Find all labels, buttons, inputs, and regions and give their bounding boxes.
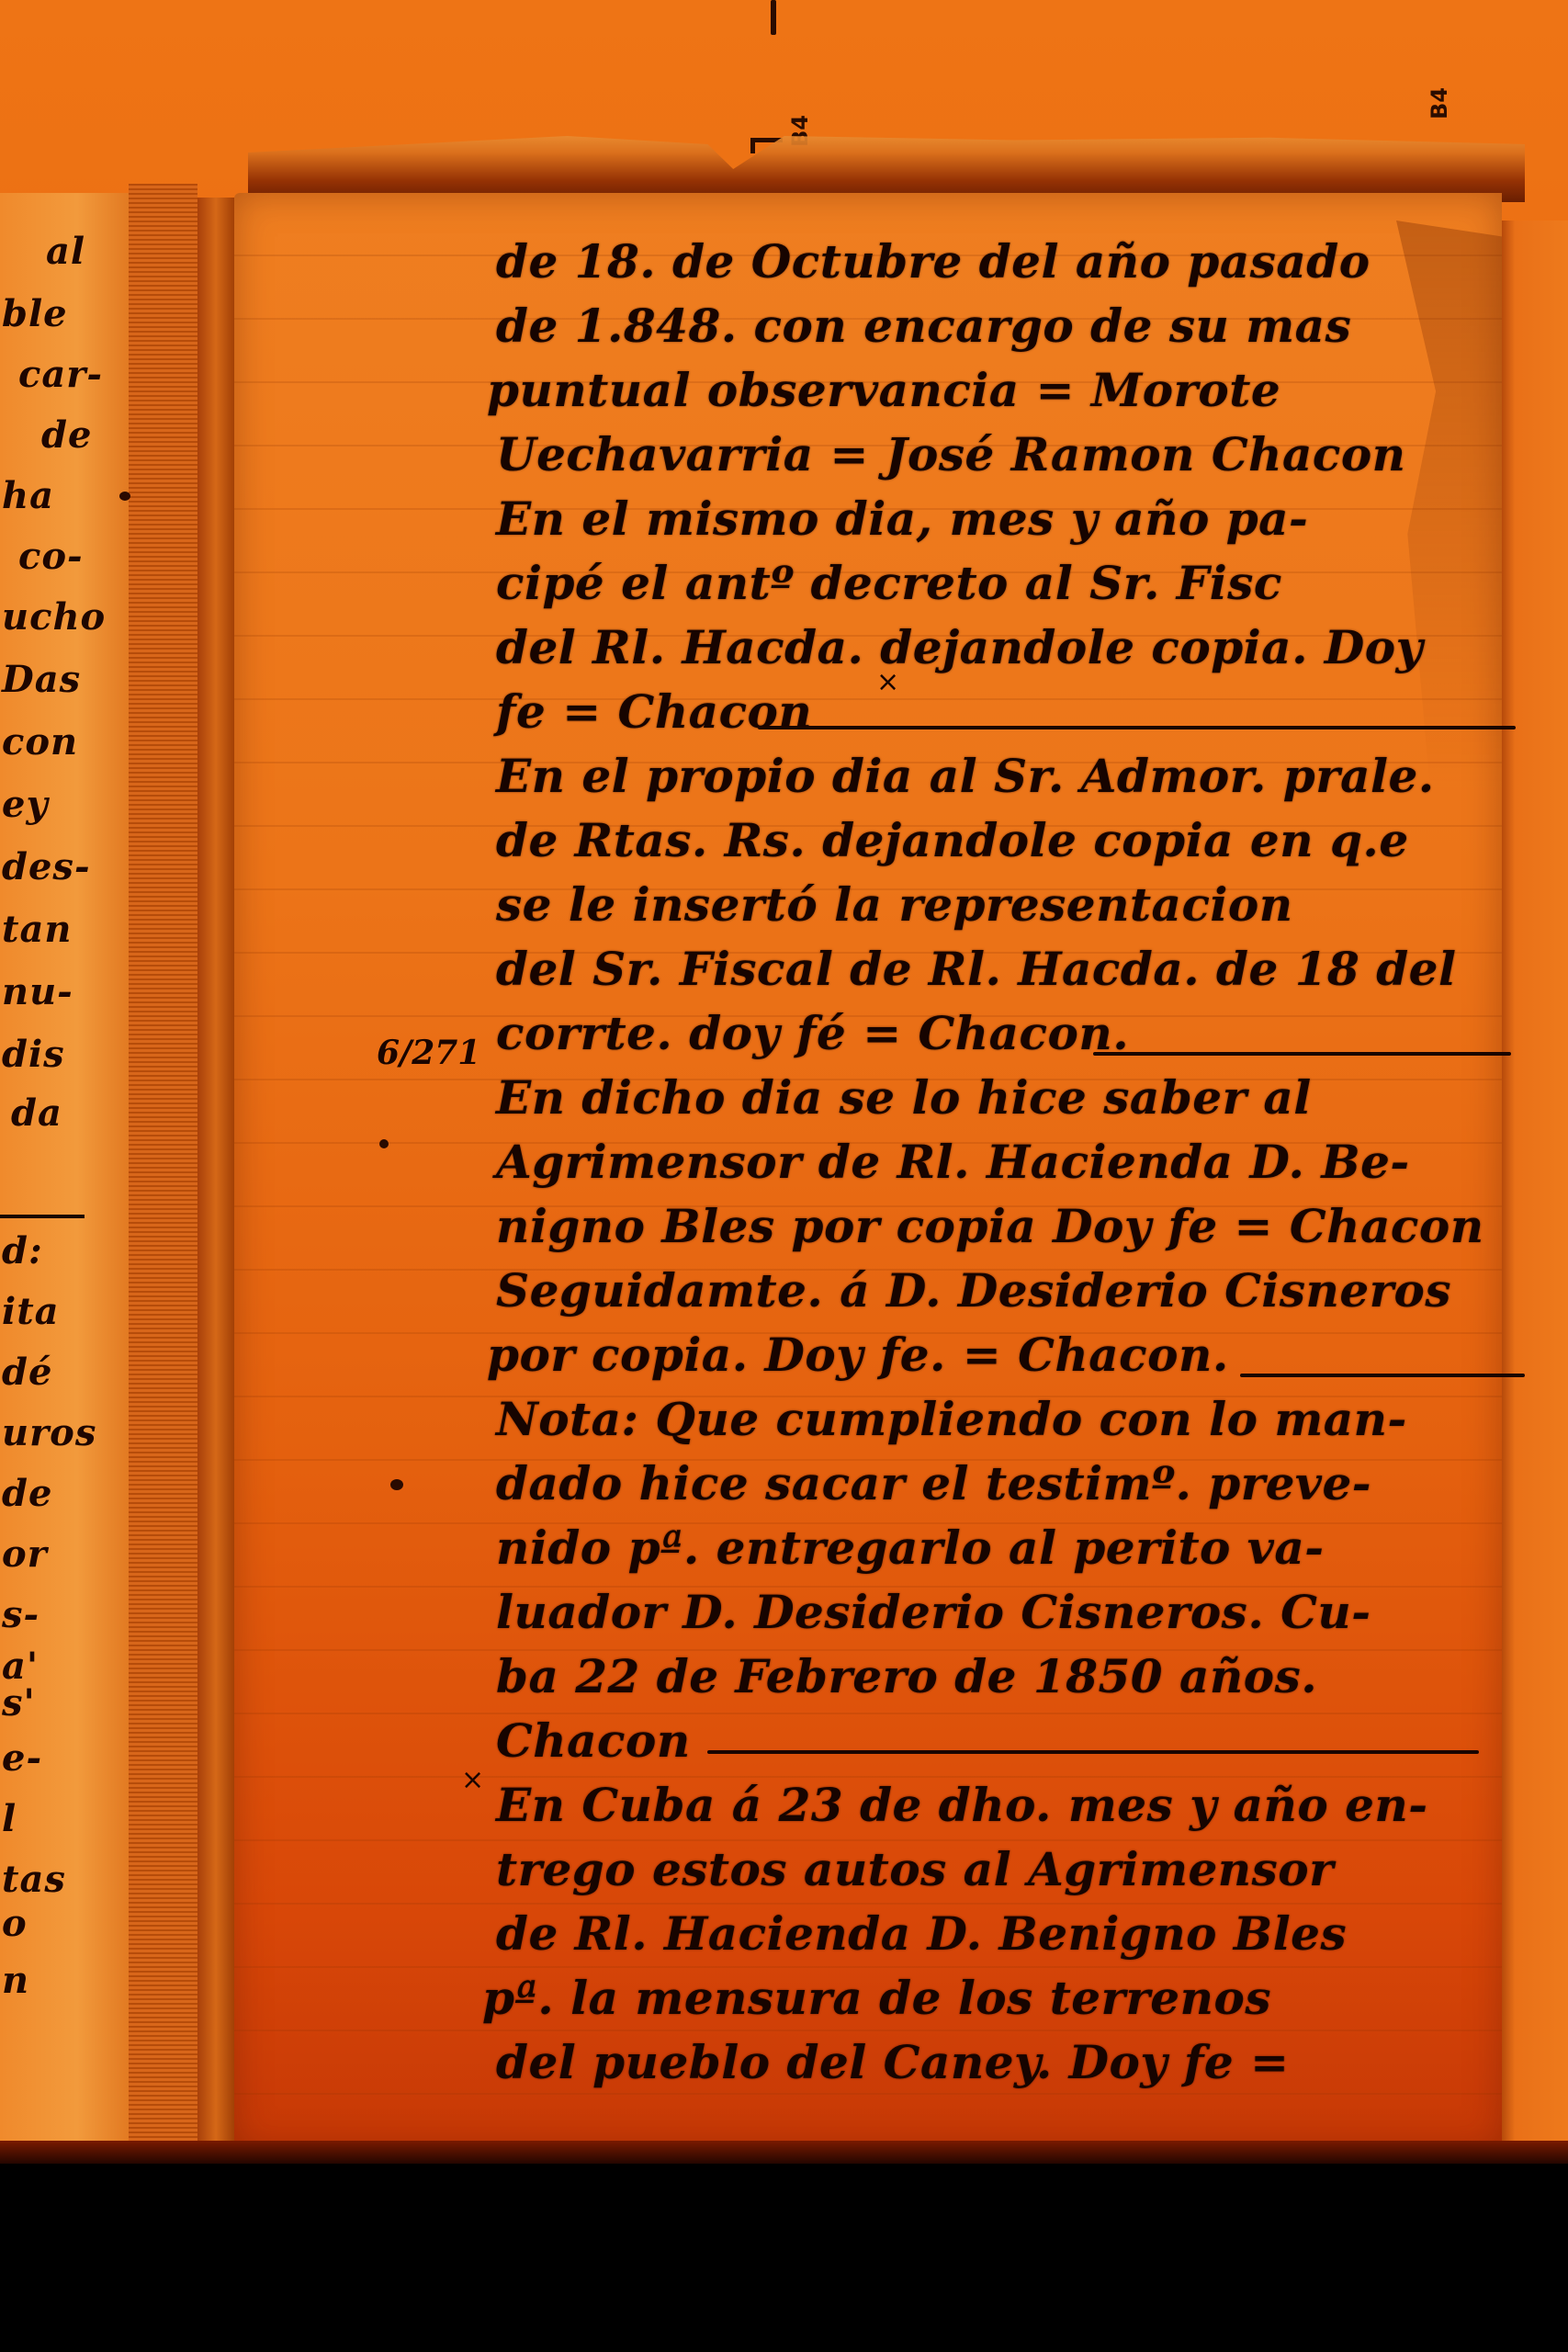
frame-tick-mark (771, 0, 776, 35)
manuscript-line: Uechavarria = José Ramon Chacon (496, 427, 1406, 481)
left-fragment: tan (2, 908, 72, 951)
manuscript-line: puntual observancia = Morote (487, 363, 1280, 417)
manuscript-line: ba 22 de Febrero de 1850 años. (496, 1649, 1317, 1703)
manuscript-line: Nota: Que cumpliendo con lo man- (496, 1392, 1407, 1446)
manuscript-line: de Rtas. Rs. dejandole copia en q.e (496, 813, 1409, 867)
manuscript-line: por copia. Doy fe. = Chacon. (487, 1328, 1229, 1382)
manuscript-line: de 18. de Octubre del año pasado (496, 234, 1371, 288)
manuscript-line: En dicho dia se lo hice saber al (496, 1070, 1312, 1125)
left-fragment: s- (2, 1593, 39, 1636)
right-page-edge (1502, 220, 1568, 2150)
left-fragment: des- (2, 845, 91, 888)
manuscript-line: fe = Chacon (496, 684, 812, 739)
left-fragment: de (41, 413, 92, 457)
target-label-b4-right: B4 (1427, 87, 1452, 119)
manuscript-line: del Rl. Hacda. dejandole copia. Doy (496, 620, 1423, 674)
manuscript-line: En el mismo dia, mes y año pa- (496, 492, 1308, 546)
manuscript-line: se le insertó la representacion (496, 877, 1293, 932)
insertion-x-mark: × (461, 1764, 484, 1796)
left-fragment: ble (2, 292, 68, 335)
left-rule-line (0, 1215, 85, 1218)
closing-rule-line (1240, 1374, 1525, 1377)
manuscript-line: de 1.848. con encargo de su mas (496, 299, 1351, 353)
margin-folio-note: 6/271 (377, 1034, 480, 1072)
manuscript-line: En Cuba á 23 de dho. mes y año en- (496, 1778, 1428, 1832)
manuscript-line: nido pª. entregarlo al perito va- (496, 1521, 1325, 1575)
ink-blot (390, 1479, 403, 1490)
left-fragment: co- (18, 535, 84, 578)
manuscript-line: En el propio dia al Sr. Admor. prale. (496, 749, 1435, 803)
manuscript-line: nigno Bles por copia Doy fe = Chacon (496, 1199, 1484, 1253)
closing-rule-line (758, 726, 1516, 729)
manuscript-line: pª. la mensura de los terrenos (482, 1971, 1271, 2025)
left-fragment: ha (2, 474, 54, 517)
insertion-x-mark: × (876, 666, 899, 698)
manuscript-line: Seguidamte. á D. Desiderio Cisneros (496, 1263, 1451, 1317)
closing-rule-line (707, 1750, 1479, 1754)
left-fragment: con (2, 720, 78, 763)
left-fragment: uros (2, 1411, 96, 1454)
left-fragment: d: (2, 1229, 43, 1272)
left-fragment: e- (2, 1736, 42, 1780)
manuscript-line: Chacon (496, 1713, 691, 1768)
ink-blot (379, 1139, 389, 1148)
left-fragment: s' (2, 1681, 36, 1724)
book-spine-stitching (129, 184, 197, 2150)
manuscript-line: de Rl. Hacienda D. Benigno Bles (496, 1906, 1347, 1961)
left-fragment: l (2, 1797, 17, 1840)
manuscript-line: dado hice sacar el testimº. preve- (496, 1456, 1371, 1510)
left-fragment: da (11, 1091, 62, 1135)
left-fragment: dé (2, 1351, 52, 1394)
left-fragment: n (2, 1959, 29, 2002)
left-fragment: de (2, 1472, 52, 1515)
left-fragment: nu- (2, 970, 73, 1013)
manuscript-line: del Sr. Fiscal de Rl. Hacda. de 18 del (496, 942, 1456, 996)
left-fragment: dis (2, 1033, 65, 1076)
manuscript-line: cipé el antº decreto al Sr. Fisc (496, 556, 1282, 610)
left-fragment: ucho (2, 595, 106, 639)
book-gutter (197, 198, 234, 2145)
manuscript-line: trego estos autos al Agrimensor (496, 1842, 1334, 1896)
left-fragment: ey (2, 783, 49, 826)
left-fragment: o (2, 1902, 28, 1945)
manuscript-line: corrte. doy fé = Chacon. (496, 1006, 1129, 1060)
manuscript-line: del pueblo del Caney. Doy fe = (496, 2035, 1289, 2089)
manuscript-line: luador D. Desiderio Cisneros. Cu- (496, 1585, 1371, 1639)
left-fragment: car- (18, 353, 103, 396)
closing-rule-line (1093, 1052, 1511, 1056)
left-fragment: ita (2, 1290, 60, 1333)
manuscript-line: Agrimensor de Rl. Hacienda D. Be- (496, 1135, 1410, 1189)
ink-blot (119, 492, 130, 501)
left-fragment: al (46, 230, 85, 273)
left-fragment: Das (2, 658, 81, 701)
left-fragment: tas (2, 1858, 66, 1901)
left-fragment: or (2, 1532, 48, 1576)
scan-dark-border (0, 2164, 1568, 2352)
